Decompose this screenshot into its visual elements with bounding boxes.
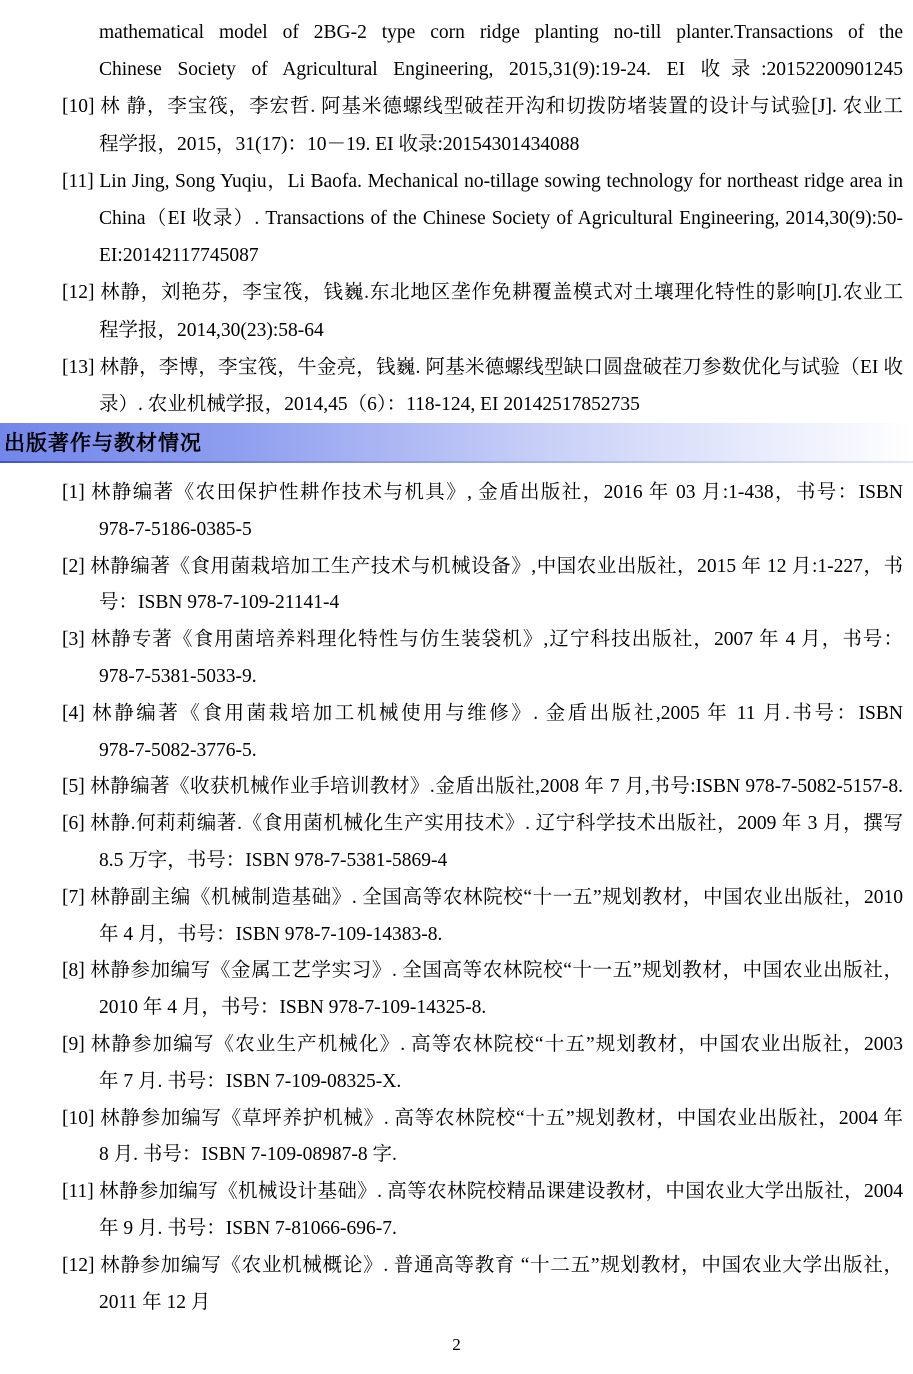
page-footer: 2 [0,1333,913,1357]
reference-line: [10] 林 静，李宝筏，李宏哲. 阿基米德螺线型破茬开沟和切拨防堵装置的设计与… [0,88,913,125]
book-line: [11] 林静参加编写《机械设计基础》. 高等农林院校精品课建设教材，中国农业大… [0,1174,913,1211]
reference-line: [11] Lin Jing, Song Yuqiu，Li Baofa. Mech… [0,163,913,200]
reference-line: 程学报，2015，31(17)：10－19. EI 收录:20154301434… [0,126,913,163]
book-line: 号：ISBN 978-7-109-21141-4 [0,585,913,622]
book-line: [10] 林静参加编写《草坪养护机械》. 高等农林院校“十五”规划教材，中国农业… [0,1101,913,1138]
book-line: 8 月. 书号：ISBN 7-109-08987-8 字. [0,1137,913,1174]
reference-line: mathematical model of 2BG-2 type corn ri… [0,14,913,51]
reference-line: [12] 林静，刘艳芬，李宝筏，钱巍.东北地区垄作免耕覆盖模式对土壤理化特性的影… [0,274,913,311]
references-section: mathematical model of 2BG-2 type corn ri… [0,0,913,423]
books-section: [1] 林静编著《农田保护性耕作技术与机具》, 金盾出版社，2016 年 03 … [0,475,913,1321]
book-line: 2011 年 12 月 [0,1285,913,1322]
book-line: 978-7-5186-0385-5 [0,512,913,549]
reference-line: 程学报，2014,30(23):58-64 [0,312,913,349]
reference-line: Chinese Society of Agricultural Engineer… [0,51,913,88]
book-line: 年 7 月. 书号：ISBN 7-109-08325-X. [0,1064,913,1101]
page-number: 2 [452,1335,461,1354]
book-line: 年 9 月. 书号：ISBN 7-81066-696-7. [0,1211,913,1248]
reference-line: [13] 林静，李博，李宝筏，牛金亮，钱巍. 阿基米德螺线型缺口圆盘破茬刀参数优… [0,349,913,386]
book-line: 年 4 月，书号：ISBN 978-7-109-14383-8. [0,917,913,954]
reference-line: China（EI 收录）. Transactions of the Chines… [0,200,913,237]
reference-line: EI:20142117745087 [0,237,913,274]
book-line: 978-7-5381-5033-9. [0,659,913,696]
book-line: [2] 林静编著《食用菌栽培加工生产技术与机械设备》,中国农业出版社，2015 … [0,549,913,586]
section-header-bar: 出版著作与教材情况 [0,423,913,461]
book-line: [4] 林静编著《食用菌栽培加工机械使用与维修》. 金盾出版社,2005 年 1… [0,696,913,733]
section-title: 出版著作与教材情况 [0,427,202,457]
book-line: 2010 年 4 月，书号：ISBN 978-7-109-14325-8. [0,990,913,1027]
book-line: [6] 林静.何莉莉编著.《食用菌机械化生产实用技术》. 辽宁科学技术出版社，2… [0,806,913,843]
book-line: [5] 林静编著《收获机械作业手培训教材》.金盾出版社,2008 年 7 月,书… [0,769,913,806]
book-line: [8] 林静参加编写《金属工艺学实习》. 全国高等农林院校“十一五”规划教材，中… [0,953,913,990]
book-line: 8.5 万字，书号：ISBN 978-7-5381-5869-4 [0,843,913,880]
book-line: [7] 林静副主编《机械制造基础》. 全国高等农林院校“十一五”规划教材，中国农… [0,880,913,917]
book-line: [1] 林静编著《农田保护性耕作技术与机具》, 金盾出版社，2016 年 03 … [0,475,913,512]
section-header-underline [0,461,913,463]
book-line: 978-7-5082-3776-5. [0,733,913,770]
book-line: [3] 林静专著《食用菌培养料理化特性与仿生装袋机》,辽宁科技出版社，2007 … [0,622,913,659]
book-line: [9] 林静参加编写《农业生产机械化》. 高等农林院校“十五”规划教材，中国农业… [0,1027,913,1064]
reference-line: 录）. 农业机械学报，2014,45（6）：118-124, EI 201425… [0,386,913,423]
document-page: mathematical model of 2BG-2 type corn ri… [0,0,913,1374]
book-line: [12] 林静参加编写《农业机械概论》. 普通高等教育 “十二五”规划教材，中国… [0,1248,913,1285]
